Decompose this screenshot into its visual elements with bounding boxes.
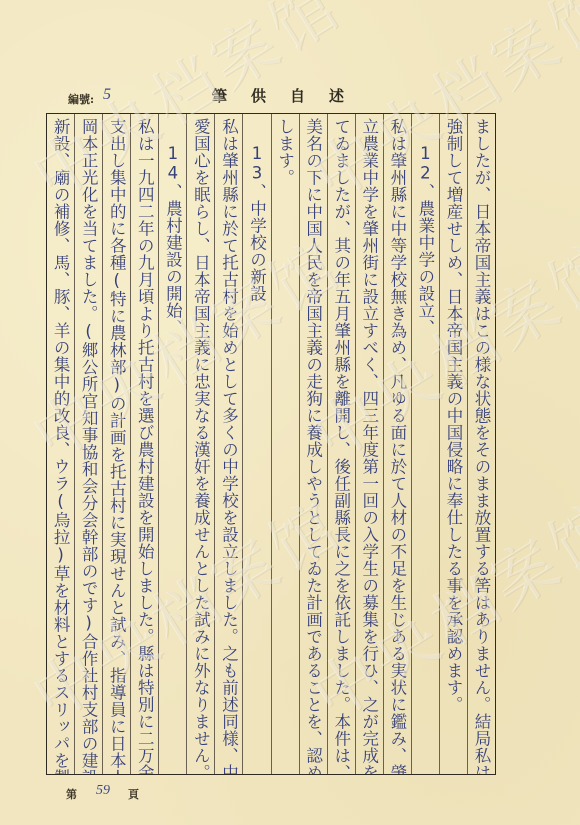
document-title: 筆供自述 [212, 85, 368, 106]
manuscript-column: します。 [271, 114, 299, 774]
section-heading-column: 12、農業中学の設立、 [411, 114, 439, 774]
manuscript-column: てゐましたが、其の年五月肇州縣を離開し、後任副縣長に之を依託しました。本件は、教… [327, 114, 355, 774]
serial-number: 5 [103, 86, 111, 104]
manuscript-column: 私は肇州縣に中等学校無き為め、凡ゆる面に於て人材の不足を生じある実状に鑑み、肇州… [383, 114, 411, 774]
manuscript-column: ましたが、日本帝国主義はこの様な状態をそのまま放置する筈はありません。結局私は農… [467, 114, 495, 774]
manuscript-column: 私は一九四二年の九月頃より托古村を選び農村建設を開始しました。縣は特別に二万余円… [130, 114, 158, 774]
manuscript-column: 愛国心を眠らし、日本帝国主義に忠実なる漢奸を養成せんとした試みに外なりません。 [186, 114, 214, 774]
manuscript-column: 私は肇州縣に於て托古村を始めとして多くの中学校を設立しました。之も前述同様、中国… [214, 114, 242, 774]
document-header: 編號: 5 筆供自述 [0, 85, 580, 109]
page-footer: 第 59 頁 [0, 782, 580, 802]
page-suffix: 頁 [128, 786, 139, 802]
manuscript-column: 強制して増産せしめ、日本帝国主義の中国侵略に奉仕したる事を承認めます。 [439, 114, 467, 774]
section-heading-column: 13、中学校の新設 [242, 114, 270, 774]
manuscript-grid: ましたが、日本帝国主義はこの様な状態をそのまま放置する筈はありません。結局私は農… [46, 113, 496, 775]
manuscript-column: 新設、廟の補修、馬、豚、羊の集中的改良、ウラ(烏拉)草を材料とするスリッパを製造 [47, 114, 74, 774]
section-heading-column: 14、農村建設の開始、 [158, 114, 186, 774]
manuscript-column: 支出し集中的に各種(特に農林部)の計画を托古村に実現せんと試み、指導員に日本人 [102, 114, 130, 774]
page-number: 59 [96, 783, 110, 799]
manuscript-column: 立農業中学を肇州街に設立すべく、四三年度第一回の入学生の募集を行ひ、之が完成を期… [355, 114, 383, 774]
manuscript-column: 美名の下に中国人民を帝国主義の走狗に養成しやうとしてゐた計画であることを、認め罪… [299, 114, 327, 774]
page-prefix: 第 [66, 786, 77, 802]
serial-label: 編號: [68, 91, 94, 107]
manuscript-column: 岡本正光化を当てました。(郷公所官知事協和会分会幹部のです)合作社村支部の建設、… [74, 114, 102, 774]
